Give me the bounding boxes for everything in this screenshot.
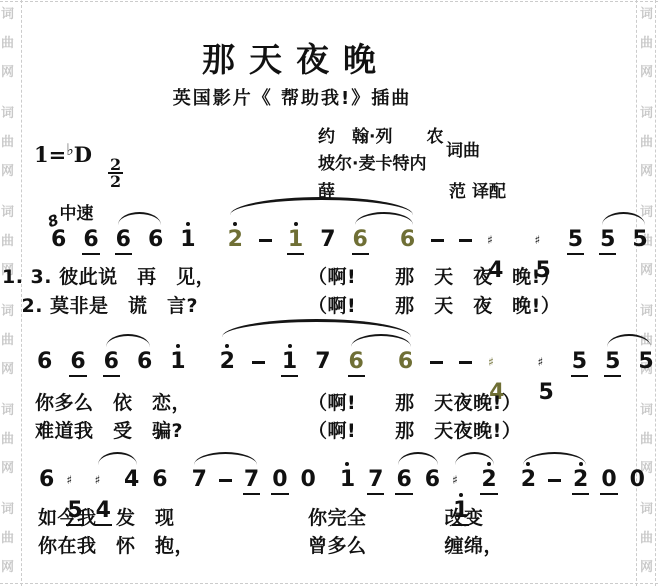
note-digit: 5 [604,350,621,377]
note-6: 6 [50,228,67,252]
lyric-text: 1. 3. 彼此说 再 见， [2,262,215,289]
note-digit: 6 [103,350,120,377]
lyric-text: 你在我 怀 抱， [38,531,194,558]
lyric-row-line2-verse2: 难道我 受 骗?（啊! 那 天夜晚!） [0,416,658,440]
duration-dash [548,468,561,482]
lyric-row-line3-verse1: 如今我 发 现你完全 改变 [0,503,658,527]
note-6: 6 [397,350,414,374]
key-signature: 1=♭D22 [34,140,123,189]
octave-dot [579,462,583,466]
note-digit: 6 [147,228,164,252]
note-7: 7 [367,468,384,495]
duration-dash [459,350,472,364]
dash-mark [259,239,272,242]
composer-line-2: 坡尔·麦卡特内 [318,149,426,174]
song-subtitle: 英国影片《 帮助我!》插曲 [0,84,584,110]
watermark-char: 网 [640,165,653,179]
note-7: 7 [243,468,260,495]
note-digit: 1 [169,350,186,374]
note-7: 7 [314,350,331,374]
sharp-icon: ♯ [95,473,101,487]
note-1: 1 [287,228,304,255]
note-digit: 0 [629,468,646,492]
note-digit: 6 [38,468,55,492]
note-digit: 6 [136,350,153,374]
dash-mark [430,361,443,364]
note-6: 6 [352,228,369,255]
note-6: 6 [36,350,53,374]
note-digit: 7 [243,468,260,495]
note-1: 1 [339,468,356,492]
watermark-char: 词 [1,206,14,220]
note-digit: 6 [395,468,412,495]
note-2: 2 [572,468,589,495]
note-5: 5 [604,350,621,377]
slur-layer [50,198,634,228]
note-5: 5 [637,350,654,374]
lyric-text: （啊! 那 天 夜 晚!） [308,262,560,289]
lyric-row-line2-verse1: 你多么 依 恋，（啊! 那 天夜晚!） [0,388,658,412]
note-digit: 5 [571,350,588,377]
note-1: 1 [169,350,186,374]
dash-mark [459,361,472,364]
watermark-char: 词 [640,8,653,22]
lyric-text: （啊! 那 天夜晚!） [308,416,521,443]
watermark-char: 网 [640,66,653,80]
note-digit: 5 [599,228,616,255]
song-title: 那天夜晚 [0,34,592,81]
note-6: 6 [69,350,86,377]
lyric-text: （啊! 那 天夜晚!） [308,388,521,415]
note-digit: 7 [319,228,336,252]
slur-tie [98,452,137,465]
bottom-dotted-border [0,583,658,584]
note-6: 6 [151,468,168,492]
note-digit: 1 [287,228,304,255]
duration-dash [259,228,272,242]
note-digit: 5 [631,228,648,252]
note-digit: 7 [191,468,208,492]
dash-mark [252,361,265,364]
note-1: 1 [179,228,196,252]
key-tonic: D [74,142,92,167]
dash-mark [459,239,472,242]
note-digit: 0 [300,468,317,492]
watermark-char: 词 [1,8,14,22]
note-digit: 1 [339,468,356,492]
note-6: 6 [82,228,99,255]
note-5: 5 [631,228,648,252]
note-2: 2 [480,468,497,495]
note-digit: 2 [227,228,244,252]
sharp-icon: ♯ [487,233,493,247]
sharp-icon: ♯ [66,473,72,487]
note-digit: 1 [179,228,196,252]
dash-mark [548,479,561,482]
lyric-text: 如今我 发 现 [38,503,175,530]
note-6: 6 [348,350,365,377]
flat-icon: ♭ [66,140,74,159]
note-4: 4 [123,468,140,492]
note-digit: 6 [82,228,99,255]
slur-tie [602,212,645,225]
note-digit: 0 [271,468,288,495]
sharp-icon: ♯ [452,473,458,487]
rest-0: 0 [600,468,617,495]
lyric-row-line1-verse1: 1. 3. 彼此说 再 见，（啊! 那 天 夜 晚!） [0,262,658,286]
note-digit: 5 [567,228,584,255]
meter-denominator: 2 [110,174,121,189]
note-6: 6 [38,468,55,492]
note-digit: 6 [36,350,53,374]
note-digit: 7 [367,468,384,495]
lyric-text: 你多么 依 恋， [35,388,191,415]
note-6: 6 [424,468,441,492]
watermark-char: 曲 [1,235,14,249]
sharp-icon: ♯ [537,355,543,369]
slur-tie [118,212,161,225]
note-2: 2 [520,468,537,492]
top-dotted-border [0,1,658,2]
octave-dot [186,222,190,226]
watermark-char: 网 [1,165,14,179]
note-5: 5 [567,228,584,255]
rest-0: 0 [629,468,646,492]
rest-0: 0 [271,468,288,495]
note-digit: 2 [520,468,537,492]
lyric-text: 2. 莫非是 谎 言? [2,291,198,318]
slur-tie [194,452,257,465]
note-digit: 6 [348,350,365,377]
lyric-row-line3-verse2: 你在我 怀 抱，曾多么 缠绵， [0,531,658,555]
slur-layer [36,320,636,350]
watermark-char: 网 [1,561,14,575]
octave-dot [176,344,180,348]
lyric-text: 难道我 受 骗? [35,416,183,443]
note-digit: 2 [480,468,497,495]
note-6: 6 [136,350,153,374]
note-digit: 6 [151,468,168,492]
sharp-icon: ♯ [534,233,540,247]
duration-dash [252,350,265,364]
watermark-char: 网 [640,561,653,575]
watermark-char: 曲 [640,136,653,150]
watermark-char: 曲 [1,334,14,348]
note-digit: 4 [123,468,140,492]
credits-block: 约 翰·列 农 坡尔·麦卡特内 词曲 薛 范译配 [318,122,530,202]
watermark-char: 网 [1,462,14,476]
dash-mark [431,239,444,242]
octave-dot [487,462,491,466]
dash-mark [219,479,232,482]
note-digit: 0 [600,468,617,495]
note-5: 5 [599,228,616,255]
slur-tie [523,452,586,465]
lyric-text: 曾多么 缠绵， [308,531,503,558]
note-6: 6 [395,468,412,495]
octave-dot [288,344,292,348]
watermark-char: 曲 [640,37,653,51]
role-words-music: 词曲 [446,136,480,161]
lyric-text: 你完全 改变 [308,503,484,530]
note-digit: 6 [397,350,414,374]
note-digit: 6 [115,228,132,255]
time-signature: 22 [108,157,123,189]
watermark-char: 网 [1,363,14,377]
slur-tie [398,452,438,465]
octave-dot [294,222,298,226]
note-digit: 5 [637,350,654,374]
key-scale: 1 [34,142,49,167]
note-digit: 2 [219,350,236,374]
rest-0: 0 [300,468,317,492]
lyric-text: （啊! 那 天 夜 晚!） [308,291,560,318]
note-digit: 6 [352,228,369,255]
note-2: 2 [227,228,244,252]
octave-dot [459,493,463,497]
note-digit: 2 [572,468,589,495]
sharp-icon: ♯ [488,355,494,369]
sheet-music-page: 词曲网词曲网词曲网词曲网词曲网词曲网 词曲网词曲网词曲网词曲网词曲网词曲网 那天… [0,0,658,586]
note-2: 2 [219,350,236,374]
note-digit: 6 [424,468,441,492]
duration-dash [219,468,232,482]
equals-sign: = [49,142,67,167]
slur-tie [106,334,150,347]
note-digit: 6 [399,228,416,252]
lyric-row-line1-verse2: 2. 莫非是 谎 言?（啊! 那 天 夜 晚!） [0,291,658,315]
note-digit: 7 [314,350,331,374]
note-6: 6 [399,228,416,252]
note-5: 5 [571,350,588,377]
note-digit: 6 [50,228,67,252]
note-1: 1 [281,350,298,377]
watermark-char: 词 [640,107,653,121]
note-digit: 6 [69,350,86,377]
note-6: 6 [103,350,120,377]
composer-line-1: 约 翰·列 农 [318,122,443,147]
note-digit: 1 [281,350,298,377]
watermark-char: 曲 [1,136,14,150]
note-6: 6 [115,228,132,255]
duration-dash [430,350,443,364]
note-6: 6 [147,228,164,252]
duration-dash [431,228,444,242]
note-7: 7 [191,468,208,492]
note-7: 7 [319,228,336,252]
duration-dash [459,228,472,242]
